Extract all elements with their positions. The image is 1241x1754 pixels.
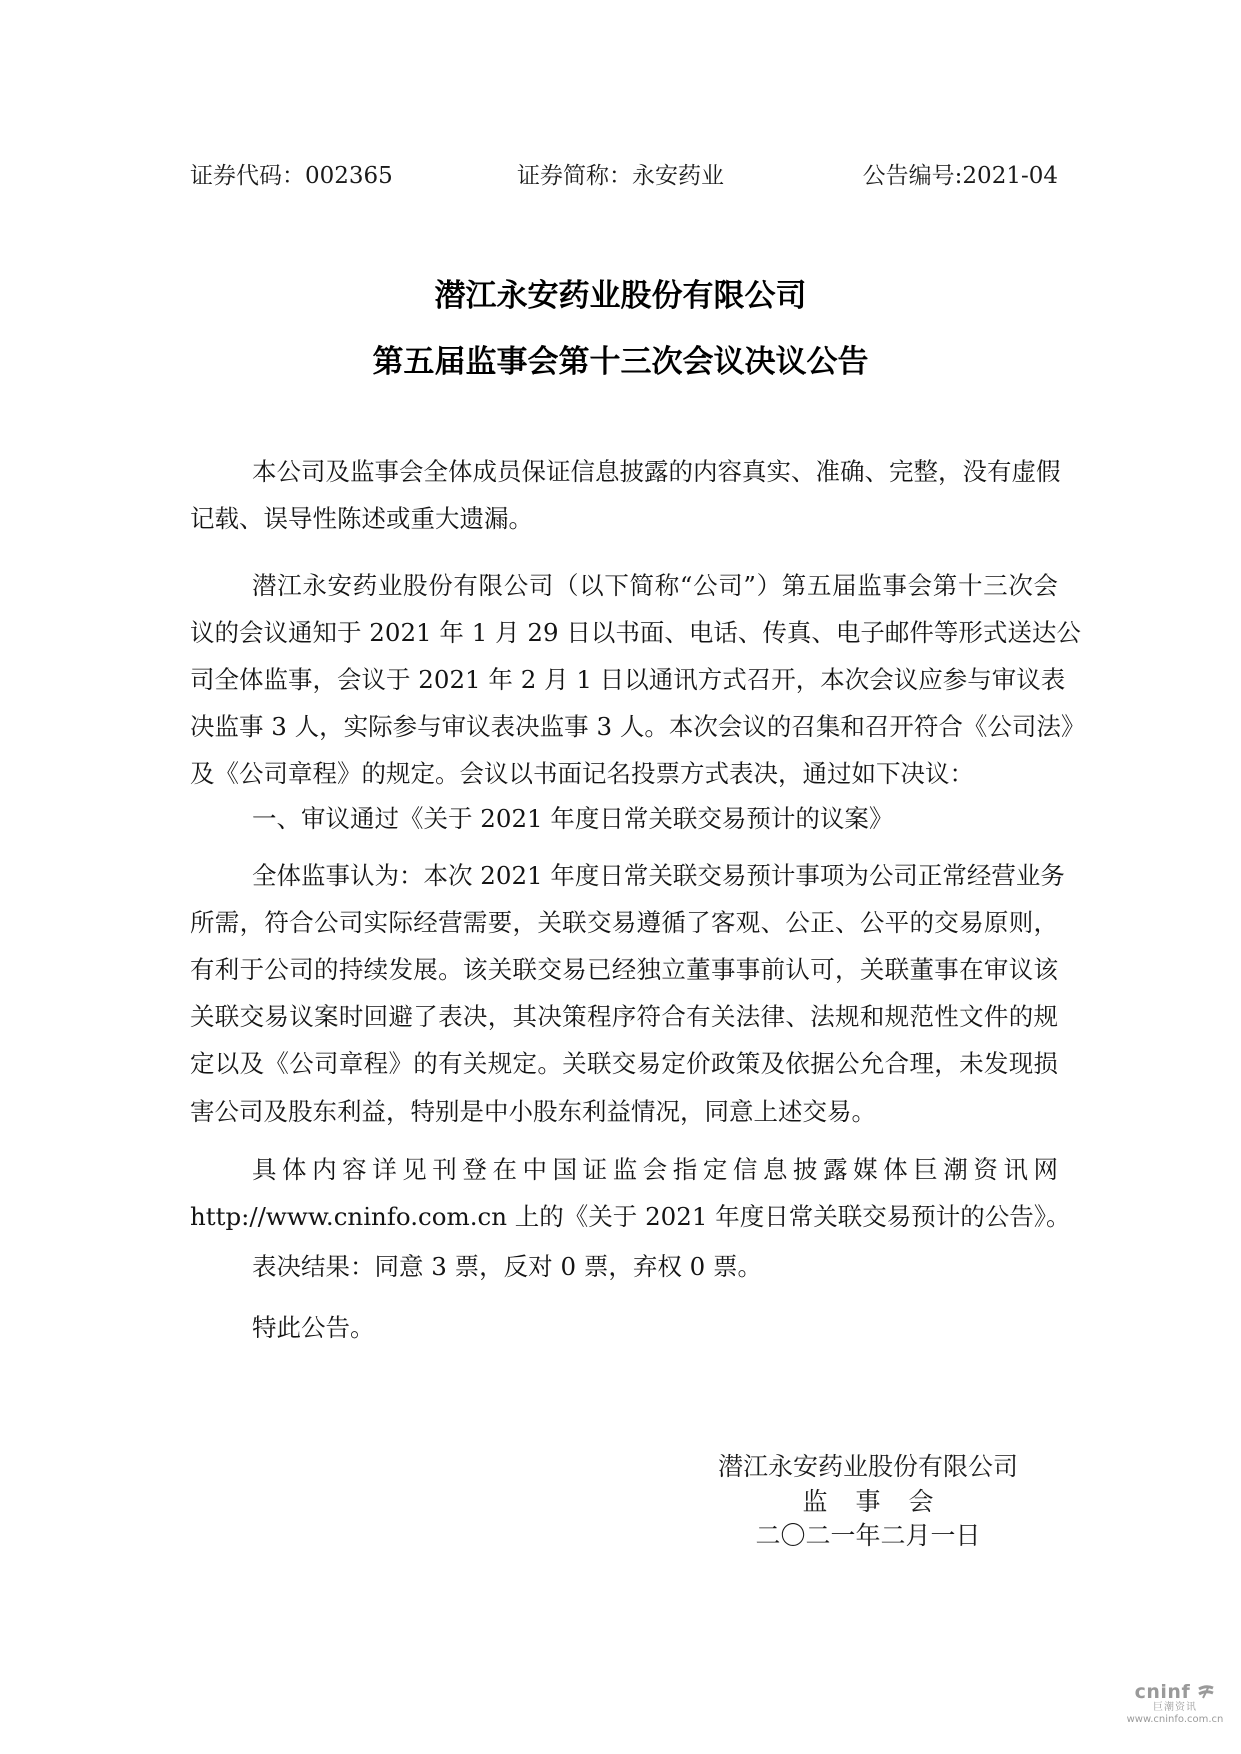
body-line-link: http://www.cninfo.com.cn 上的《关于 2021 年度日常…	[190, 1193, 1058, 1240]
body-line: 本公司及监事会全体成员保证信息披露的内容真实、准确、完整，没有虚假	[190, 448, 1058, 495]
cninfo-logo-icon	[1197, 1685, 1215, 1699]
document-page: 证券代码：002365 证券简称：永安药业 公告编号:2021-04 潜江永安药…	[0, 0, 1241, 1754]
announcement-number: 公告编号:2021-04	[863, 158, 1058, 194]
cninfo-watermark: cninf 巨潮资讯 www.cninfo.com.cn	[1112, 1682, 1238, 1738]
body-line: 全体监事认为：本次 2021 年度日常关联交易预计事项为公司正常经营业务	[190, 852, 1058, 899]
company-title: 潜江永安药业股份有限公司	[0, 276, 1241, 316]
body-line: 记载、误导性陈述或重大遗漏。	[190, 495, 1058, 542]
body-line: 害公司及股东利益，特别是中小股东利益情况，同意上述交易。	[190, 1088, 1058, 1135]
body-line: 潜江永安药业股份有限公司（以下简称“公司”）第五届监事会第十三次会	[190, 562, 1058, 609]
body-line: 议的会议通知于 2021 年 1 月 29 日以书面、电话、传真、电子邮件等形式…	[190, 609, 1058, 656]
body-line: 司全体监事，会议于 2021 年 2 月 1 日以通讯方式召开，本次会议应参与审…	[190, 656, 1058, 703]
cninfo-brand-text: cninf	[1135, 1681, 1191, 1703]
cninfo-url: www.cninfo.com.cn	[1112, 1714, 1238, 1726]
signature-company: 潜江永安药业股份有限公司	[700, 1449, 1036, 1485]
announcement-title: 第五届监事会第十三次会议决议公告	[0, 342, 1241, 382]
body-line: 所需，符合公司实际经营需要，关联交易遵循了客观、公正、公平的交易原则，	[190, 899, 1058, 946]
body-line: 决监事 3 人，实际参与审议表决监事 3 人。本次会议的召集和召开符合《公司法》	[190, 703, 1058, 750]
body-line: 关联交易议案时回避了表决，其决策程序符合有关法律、法规和规范性文件的规	[190, 993, 1058, 1040]
body-line: 具体内容详见刊登在中国证监会指定信息披露媒体巨潮资讯网	[190, 1146, 1058, 1193]
signature-date: 二〇二一年二月一日	[700, 1518, 1036, 1554]
cninfo-brand-cn: 巨潮资讯	[1112, 1702, 1238, 1714]
announcement-meta-row: 证券代码：002365 证券简称：永安药业 公告编号:2021-04	[190, 158, 1058, 194]
signature-board: 监事会	[700, 1484, 1036, 1520]
stock-code: 证券代码：002365	[190, 158, 393, 194]
closing-statement: 特此公告。	[190, 1304, 1058, 1351]
body-line: 及《公司章程》的规定。会议以书面记名投票方式表决，通过如下决议：	[190, 750, 1058, 797]
body-line: 有利于公司的持续发展。该关联交易已经独立董事事前认可，关联董事在审议该	[190, 946, 1058, 993]
resolution-item-1: 一、审议通过《关于 2021 年度日常关联交易预计的议案》	[190, 795, 1058, 842]
cninfo-logo: cninf	[1112, 1682, 1238, 1702]
stock-short-name: 证券简称：永安药业	[517, 158, 724, 194]
vote-result: 表决结果：同意 3 票，反对 0 票，弃权 0 票。	[190, 1243, 1058, 1290]
body-line: 定以及《公司章程》的有关规定。关联交易定价政策及依据公允合理，未发现损	[190, 1040, 1058, 1087]
